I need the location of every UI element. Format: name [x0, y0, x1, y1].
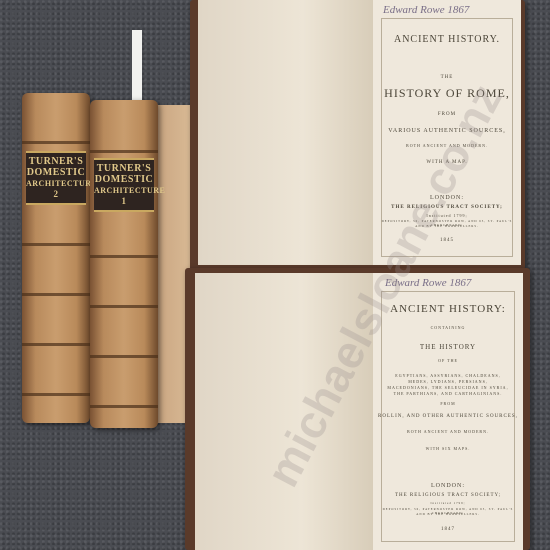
handwritten-signature: Edward Rowe 1867	[383, 4, 469, 16]
book-spine-volume-1: TURNER'S DOMESTIC ARCHITECTURE 1	[90, 100, 158, 428]
paper-slip	[132, 30, 142, 100]
book-spine-volume-2: TURNER'S DOMESTIC ARCHITECTURE 2	[22, 93, 90, 423]
spine-label: TURNER'S DOMESTIC ARCHITECTURE 1	[94, 158, 154, 212]
spine-label: TURNER'S DOMESTIC ARCHITECTURE 2	[26, 151, 86, 205]
